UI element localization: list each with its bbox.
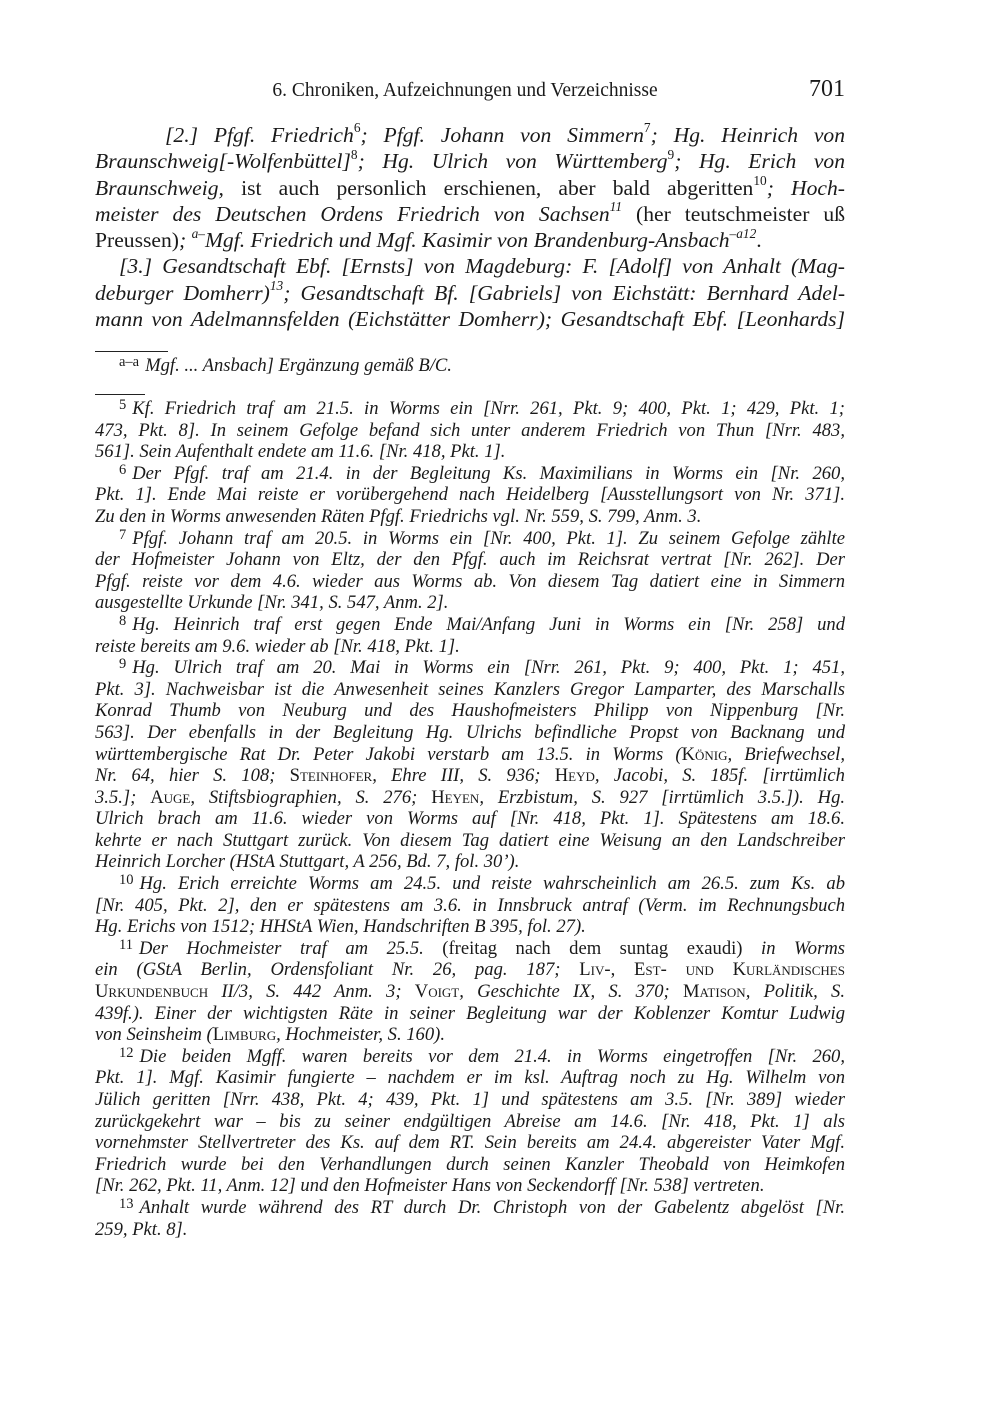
text-segment: ; Hg. Ulrich von Württemberg (358, 149, 668, 173)
footnote-number: 6 (119, 462, 126, 478)
footnote-ref[interactable]: 8 (351, 147, 358, 162)
footnote-line: Zu den in Worms anwesenden Räten Pfgf. F… (95, 506, 845, 528)
footnote-line: Pfgf. reiste vor dem 4.6. wieder aus Wor… (95, 571, 845, 593)
author-name: Limburg (213, 1024, 276, 1045)
footnote-ref[interactable]: 10 (753, 173, 766, 188)
main-text: [2.] Pfgf. Friedrich6; Pfgf. Johann von … (95, 122, 845, 332)
main-text-line: Preussen); a–Mgf. Friedrich und Mgf. Kas… (95, 227, 845, 253)
footnote-line: Hg. Erichs von 1512; HHStA Wien, Handsch… (95, 916, 845, 938)
footnote-text: Konrad Thumb von Neuburg und des Haushof… (95, 700, 845, 721)
running-title: 6. Chroniken, Aufzeichnungen und Verzeic… (95, 80, 845, 102)
author-name: König (682, 744, 728, 765)
footnote-text: Pkt. 1]. Mgf. Kasimir fungierte – nachde… (95, 1067, 845, 1088)
source-title: Urkundenbuch (95, 981, 208, 1002)
quoted-source-text: (her teutschmeister uß (622, 202, 845, 226)
apparatus-text: Mgf. ... Ansbach] Ergänzung gemäß B/C. (145, 355, 452, 376)
main-text-line: mann von Adelmannsfelden (Eichstätter Do… (95, 306, 845, 332)
footnote-text: , Ehre III, S. 936; (372, 765, 555, 786)
footnote-line: von Seinsheim (Limburg, Hochmeister, S. … (95, 1024, 845, 1046)
document-page: 6. Chroniken, Aufzeichnungen und Verzeic… (0, 0, 1004, 1418)
footnote-line: vornehmster Stellvertreter des Ks. auf d… (95, 1132, 845, 1154)
footnote-text: Ulrich brach am 11.6. wieder von Worms a… (95, 808, 845, 829)
footnote-line: [Nr. 405, Pkt. 2], den er spätestens am … (95, 895, 845, 917)
footnote-ref[interactable]: 13 (270, 278, 283, 293)
text-segment: mann von Adelmannsfelden (Eichstätter Do… (95, 307, 845, 331)
footnote-text: Kf. Friedrich traf am 21.5. in Worms ein… (132, 398, 845, 419)
footnote-text: 3.5.]; (95, 787, 150, 808)
footnote-line: Heinrich Lorcher (HStA Stuttgart, A 256,… (95, 851, 845, 873)
footnote-8: 8Hg. Heinrich traf erst gegen Ende Mai/A… (95, 614, 845, 657)
footnote-6: 6Der Pfgf. traf am 21.4. in der Begleitu… (95, 463, 845, 528)
footnote-line: 12Die beiden Mgff. waren bereits vor dem… (95, 1046, 845, 1068)
main-text-line: deburger Domherr)13; Gesandtschaft Bf. [… (95, 280, 845, 306)
quoted-source-text: (freitag nach dem suntag exaudi) (424, 938, 761, 959)
text-segment: [2.] Pfgf. Friedrich (165, 123, 354, 147)
main-text-line: Braunschweig, ist auch personlich erschi… (95, 175, 845, 201)
quoted-source-text: ist auch personlich erschienen, aber bal… (224, 176, 753, 200)
footnote-ref[interactable]: 7 (644, 120, 651, 135)
footnote-line: ausgestellte Urkunde [Nr. 341, S. 547, A… (95, 592, 845, 614)
footnote-line: Jülich geritten [Nrr. 438, Pkt. 4; 439, … (95, 1089, 845, 1111)
text-segment: ; Hg. Erich von (674, 149, 845, 173)
footnote-9: 9Hg. Ulrich traf am 20. Mai in Worms ein… (95, 657, 845, 873)
footnote-text: württembergische Rat Dr. Peter Jakobi ve… (95, 744, 682, 765)
running-head: 6. Chroniken, Aufzeichnungen und Verzeic… (95, 78, 845, 106)
footnote-text: Hg. Erich erreichte Worms am 24.5. und r… (140, 873, 846, 894)
footnote-text: Der Pfgf. traf am 21.4. in der Begleitun… (132, 463, 845, 484)
footnote-text: , Erzbistum, S. 927 [irrtümlich 3.5.]). … (479, 787, 845, 808)
footnote-number: 12 (119, 1045, 134, 1061)
footnote-line: [Nr. 262, Pkt. 11, Anm. 12] und den Hofm… (95, 1175, 845, 1197)
apparatus-ref[interactable]: –a12 (730, 226, 757, 241)
footnote-text: ausgestellte Urkunde [Nr. 341, S. 547, A… (95, 592, 448, 613)
main-text-line: [3.] Gesandtschaft Ebf. [Ernsts] von Mag… (95, 253, 845, 279)
footnote-text: der Hofmeister Johann von Eltz, der den … (95, 549, 845, 570)
author-name: Heyd (555, 765, 595, 786)
text-segment: Braunschweig[-Wolfenbüttel] (95, 149, 351, 173)
text-segment: Braunschweig, (95, 176, 224, 200)
footnote-text: , Stiftsbiographien, S. 276; (190, 787, 431, 808)
footnote-line: 13Anhalt wurde während des RT durch Dr. … (95, 1197, 845, 1219)
page-number: 701 (809, 76, 845, 103)
footnote-text: reiste bereits am 9.6. wieder ab [Nr. 41… (95, 636, 460, 657)
source-title: Liv-, Est- und Kurländisches (579, 959, 845, 980)
text-segment: . (756, 228, 761, 252)
text-segment: meister des Deutschen Ordens Friedrich v… (95, 202, 610, 226)
quoted-source-text: Preussen) (95, 228, 179, 252)
footnote-text: 473, Pkt. 8]. In seinem Gefolge befand s… (95, 420, 845, 441)
apparatus-note: a–aMgf. ... Ansbach] Ergänzung gemäß B/C… (95, 355, 845, 377)
footnote-line: 3.5.]; Auge, Stiftsbiographien, S. 276; … (95, 787, 845, 809)
footnote-line: 8Hg. Heinrich traf erst gegen Ende Mai/A… (95, 614, 845, 636)
text-segment: ; Hg. Heinrich von (651, 123, 845, 147)
footnote-12: 12Die beiden Mgff. waren bereits vor dem… (95, 1046, 845, 1197)
footnote-line: 439f.). Einer der wichtigsten Räte in se… (95, 1003, 845, 1025)
text-segment: ; Gesandtschaft Bf. [Gabriels] von Eichs… (283, 281, 845, 305)
critical-apparatus: a–aMgf. ... Ansbach] Ergänzung gemäß B/C… (95, 355, 845, 377)
footnote-line: 5Kf. Friedrich traf am 21.5. in Worms ei… (95, 398, 845, 420)
footnote-text: Pfgf. reiste vor dem 4.6. wieder aus Wor… (95, 571, 845, 592)
footnote-ref[interactable]: 6 (354, 120, 361, 135)
footnote-line: Urkundenbuch II/3, S. 442 Anm. 3; Voigt,… (95, 981, 845, 1003)
footnote-line: kehrte er nach Stuttgart zurück. Von die… (95, 830, 845, 852)
footnote-text: 439f.). Einer der wichtigsten Räte in se… (95, 1003, 845, 1024)
footnote-line: Konrad Thumb von Neuburg und des Haushof… (95, 700, 845, 722)
footnote-text: , Jacobi, S. 185f. [irrtümlich (595, 765, 845, 786)
footnote-text: zurückgekehrt war – bis zu seiner endgül… (95, 1111, 845, 1132)
footnote-ref[interactable]: 11 (610, 199, 622, 214)
footnote-line: 259, Pkt. 8]. (95, 1219, 845, 1241)
footnote-text: , Hochmeister, S. 160). (276, 1024, 445, 1045)
text-segment: ; Pfgf. Johann von Simmern (361, 123, 644, 147)
footnote-text: , Briefwechsel, (728, 744, 846, 765)
footnote-text: Zu den in Worms anwesenden Räten Pfgf. F… (95, 506, 701, 527)
footnote-line: Friedrich wurde bei den Verhandlungen du… (95, 1154, 845, 1176)
footnote-text: , Geschichte IX, S. 370; (459, 981, 683, 1002)
footnote-line: ein (GStA Berlin, Ordensfoliant Nr. 26, … (95, 959, 845, 981)
footnote-line: 7Pfgf. Johann traf am 20.5. in Worms ein… (95, 528, 845, 550)
apparatus-divider (95, 351, 168, 352)
footnote-text: Pkt. 1]. Ende Mai reiste er vorübergehen… (95, 484, 845, 505)
author-name: Steinhofer (290, 765, 373, 786)
main-text-line: meister des Deutschen Ordens Friedrich v… (95, 201, 845, 227)
footnote-7: 7Pfgf. Johann traf am 20.5. in Worms ein… (95, 528, 845, 614)
footnote-number: 10 (119, 872, 134, 888)
footnote-number: 11 (119, 937, 133, 953)
footnote-line: Pkt. 1]. Mgf. Kasimir fungierte – nachde… (95, 1067, 845, 1089)
text-segment: ; (179, 228, 192, 252)
footnote-line: 561]. Sein Aufenthalt endete am 11.6. [N… (95, 441, 845, 463)
footnote-line: der Hofmeister Johann von Eltz, der den … (95, 549, 845, 571)
footnote-text: kehrte er nach Stuttgart zurück. Von die… (95, 830, 845, 851)
footnote-line: württembergische Rat Dr. Peter Jakobi ve… (95, 744, 845, 766)
footnote-text: ein (GStA Berlin, Ordensfoliant Nr. 26, … (95, 959, 579, 980)
footnote-number: 8 (119, 613, 126, 629)
footnote-text: Hg. Heinrich traf erst gegen Ende Mai/An… (132, 614, 845, 635)
footnote-line: 563]. Der ebenfalls in der Begleitung Hg… (95, 722, 845, 744)
footnote-13: 13Anhalt wurde während des RT durch Dr. … (95, 1197, 845, 1240)
footnote-line: 9Hg. Ulrich traf am 20. Mai in Worms ein… (95, 657, 845, 679)
footnote-text: von Seinsheim ( (95, 1024, 213, 1045)
author-name: Voigt (415, 981, 459, 1002)
footnote-line: 6Der Pfgf. traf am 21.4. in der Begleitu… (95, 463, 845, 485)
footnote-number: 9 (119, 656, 126, 672)
footnote-11: 11Der Hochmeister traf am 25.5. (freitag… (95, 938, 845, 1046)
footnote-line: zurückgekehrt war – bis zu seiner endgül… (95, 1111, 845, 1133)
footnote-text: Anhalt wurde während des RT durch Dr. Ch… (140, 1197, 846, 1218)
footnote-line: 10Hg. Erich erreichte Worms am 24.5. und… (95, 873, 845, 895)
apparatus-marker: a–a (119, 354, 139, 370)
footnote-line: 11Der Hochmeister traf am 25.5. (freitag… (95, 938, 845, 960)
footnote-text: [Nr. 405, Pkt. 2], den er spätestens am … (95, 895, 845, 916)
author-name: Auge (150, 787, 190, 808)
footnote-text: Pfgf. Johann traf am 20.5. in Worms ein … (132, 528, 845, 549)
footnote-line: reiste bereits am 9.6. wieder ab [Nr. 41… (95, 636, 845, 658)
text-segment: Mgf. Friedrich und Mgf. Kasimir von Bran… (205, 228, 730, 252)
footnote-text: Pkt. 3]. Nachweisbar ist die Anwesenheit… (95, 679, 845, 700)
footnote-divider (95, 394, 145, 395)
footnote-text: 561]. Sein Aufenthalt endete am 11.6. [N… (95, 441, 505, 462)
footnote-text: II/3, S. 442 Anm. 3; (208, 981, 415, 1002)
footnote-text: Hg. Ulrich traf am 20. Mai in Worms ein … (132, 657, 845, 678)
main-text-line: [2.] Pfgf. Friedrich6; Pfgf. Johann von … (95, 122, 845, 148)
footnote-10: 10Hg. Erich erreichte Worms am 24.5. und… (95, 873, 845, 938)
footnotes: 5Kf. Friedrich traf am 21.5. in Worms ei… (95, 398, 845, 1240)
footnote-text: 563]. Der ebenfalls in der Begleitung Hg… (95, 722, 845, 743)
footnote-text: Friedrich wurde bei den Verhandlungen du… (95, 1154, 845, 1175)
apparatus-ref[interactable]: a– (192, 226, 205, 241)
footnote-number: 5 (119, 397, 126, 413)
footnote-line: Pkt. 1]. Ende Mai reiste er vorübergehen… (95, 484, 845, 506)
footnote-ref[interactable]: 9 (668, 147, 675, 162)
text-segment: [3.] Gesandtschaft Ebf. [Ernsts] von Mag… (119, 254, 845, 278)
footnote-line: Nr. 64, hier S. 108; Steinhofer, Ehre II… (95, 765, 845, 787)
footnote-text: Jülich geritten [Nrr. 438, Pkt. 4; 439, … (95, 1089, 845, 1110)
footnote-line: Ulrich brach am 11.6. wieder von Worms a… (95, 808, 845, 830)
footnote-text: Hg. Erichs von 1512; HHStA Wien, Handsch… (95, 916, 586, 937)
footnote-5: 5Kf. Friedrich traf am 21.5. in Worms ei… (95, 398, 845, 463)
footnote-text: [Nr. 262, Pkt. 11, Anm. 12] und den Hofm… (95, 1175, 764, 1196)
footnote-line: Pkt. 3]. Nachweisbar ist die Anwesenheit… (95, 679, 845, 701)
footnote-text: 259, Pkt. 8]. (95, 1219, 187, 1240)
footnote-number: 13 (119, 1196, 134, 1212)
footnote-line: 473, Pkt. 8]. In seinem Gefolge befand s… (95, 420, 845, 442)
footnote-text: Der Hochmeister traf am 25.5. (139, 938, 424, 959)
footnote-text: Heinrich Lorcher (HStA Stuttgart, A 256,… (95, 851, 519, 872)
author-name: Heyen (431, 787, 479, 808)
footnote-text: , Politik, S. (746, 981, 845, 1002)
footnote-text: in Worms (761, 938, 845, 959)
text-segment: ; Hoch- (767, 176, 845, 200)
footnote-text: Die beiden Mgff. waren bereits vor dem 2… (140, 1046, 846, 1067)
text-segment: deburger Domherr) (95, 281, 270, 305)
footnote-number: 7 (119, 527, 126, 543)
author-name: Matison (683, 981, 746, 1002)
main-text-line: Braunschweig[-Wolfenbüttel]8; Hg. Ulrich… (95, 148, 845, 174)
footnote-text: Nr. 64, hier S. 108; (95, 765, 290, 786)
footnote-text: vornehmster Stellvertreter des Ks. auf d… (95, 1132, 845, 1153)
